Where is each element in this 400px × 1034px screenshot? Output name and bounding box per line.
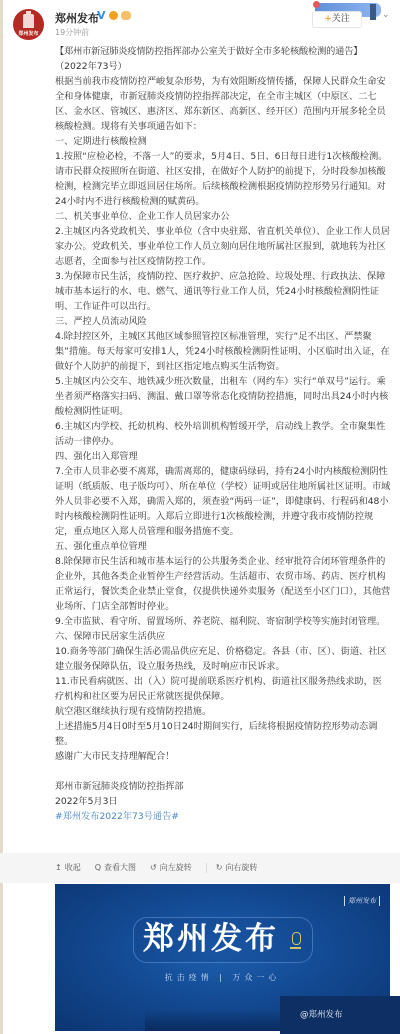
banner-slogan: 抗击疫情 | 万众一心 — [55, 972, 390, 983]
image-toolbar: ↥收起 Q查看大图 ↺向左旋转 ↻向右旋转 — [0, 853, 400, 883]
follow-button[interactable]: +关注 — [312, 11, 362, 28]
rotate-left-label: 向左旋转 — [160, 863, 192, 872]
divider — [206, 863, 207, 873]
notice-title: 【郑州市新冠肺炎疫情防控指挥部办公室关于做好全市多轮核酸检测的通告】 — [55, 44, 391, 59]
view-large-button[interactable]: Q查看大图 — [95, 862, 136, 873]
fan-badge-icon — [121, 11, 131, 20]
paragraph: 9.全市监狱、看守所、留置场所、养老院、福利院、寄宿制学校等实施封闭管理。 — [55, 614, 391, 629]
avatar-label: 郑州发布 — [13, 30, 44, 37]
banner-headline: 郑州发布 — [143, 922, 279, 956]
rotate-right-icon: ↻ — [216, 863, 223, 872]
hashtag-link[interactable]: #郑州发布2022年73号通告# — [55, 809, 391, 824]
paragraph: 1.按照“应检必检，不落一人”的要求，5月4日、5日、6日每日进行1次核酸检测。… — [55, 149, 391, 209]
post-timestamp[interactable]: 19分钟前 — [55, 27, 89, 38]
section-heading: 一、定期进行核酸检测 — [55, 134, 391, 149]
verified-badge-icon: V — [97, 9, 106, 22]
signature-date: 2022年5月3日 — [55, 794, 391, 809]
paragraph: 4.除封控区外，主城区其他区域参照管控区标准管理，实行“足不出区、严禁聚集”措施… — [55, 329, 391, 374]
paragraph: 10.商务等部门确保生活必需品供应充足、价格稳定。各县（市、区）、街道、社区建立… — [55, 644, 391, 674]
image-watermark: @郑州发布 — [280, 996, 400, 1034]
paragraph: 2.主城区内各党政机关、事业单位（含中央驻郑、省直机关单位）、企业工作人员居家办… — [55, 224, 391, 269]
author-name[interactable]: 郑州发布 — [55, 10, 99, 26]
paragraph: 3.为保障市民生活，疫情防控、医疗救护、应急抢险、垃圾处理、行政执法、保障城市基… — [55, 269, 391, 314]
rotate-left-button[interactable]: ↺向左旋转 — [150, 862, 192, 873]
tower-icon — [23, 14, 34, 28]
microphone-icon — [292, 932, 301, 945]
paragraph: 感谢广大市民支持理解配合！ — [55, 749, 391, 764]
section-heading: 五、强化重点单位管理 — [55, 539, 391, 554]
chevron-down-icon[interactable]: ⌄ — [382, 10, 390, 20]
paragraph: 根据当前我市疫情防控严峻复杂形势，为有效阻断疫情传播，保障人民群众生命安全和身体… — [55, 74, 391, 134]
section-heading: 四、强化出入郑管理 — [55, 449, 391, 464]
section-heading: 六、保障市民居家生活供应 — [55, 629, 391, 644]
lantern-icon — [313, 1, 320, 8]
plus-icon: + — [324, 14, 332, 24]
search-icon: Q — [95, 863, 101, 872]
tower-icon — [370, 4, 376, 20]
collapse-button[interactable]: ↥收起 — [55, 862, 81, 873]
follow-label: 关注 — [332, 14, 350, 24]
post-body: 【郑州市新冠肺炎疫情防控指挥部办公室关于做好全市多轮核酸检测的通告】 （2022… — [55, 44, 391, 824]
post-header: 郑州发布 郑州发布 V 19分钟前 +关注 ⌄ — [0, 0, 400, 40]
member-badge-icon — [109, 11, 118, 20]
avatar[interactable]: 郑州发布 — [13, 9, 44, 40]
rotate-right-button[interactable]: ↻向右旋转 — [216, 862, 258, 873]
rotate-left-icon: ↺ — [150, 863, 157, 872]
paragraph: 7.全市人员非必要不离郑，确需离郑的，健康码绿码，持有24小时内核酸检测阴性证明… — [55, 464, 391, 539]
view-large-label: 查看大图 — [104, 863, 136, 872]
collapse-label: 收起 — [65, 863, 81, 872]
watermark-text: @郑州发布 — [300, 1008, 343, 1020]
signature-org: 郑州市新冠肺炎疫情防控指挥部 — [55, 779, 391, 794]
paragraph: 8.除保障市民生活和城市基本运行的公共服务类企业、经审批符合闭环管理条件的企业外… — [55, 554, 391, 614]
section-heading: 三、严控人员流动风险 — [55, 314, 391, 329]
brand-logo: 郑州发布 — [344, 896, 380, 906]
paragraph: 11.市民看病就医、出（入）院可提前联系医疗机构、街道社区服务热线求助，医疗机构… — [55, 674, 391, 704]
paragraph: 上述措施5月4日0时至5月10日24时期间实行，后续将根据疫情防控形势动态调整。 — [55, 719, 391, 749]
rotate-right-label: 向右旋转 — [225, 863, 257, 872]
collapse-icon: ↥ — [55, 863, 62, 872]
paragraph: 航空港区继续执行现有疫情防控措施。 — [55, 704, 391, 719]
paragraph: 6.主城区内学校、托幼机构、校外培训机构暂缓开学，启动线上教学。全市聚集性活动一… — [55, 419, 391, 449]
spacer — [55, 764, 391, 779]
paragraph: 5.主城区内公交车、地铁减少班次数量，出租车（网约车）实行“单双号”运行。乘坐者… — [55, 374, 391, 419]
notice-number: （2022年73号） — [55, 59, 391, 74]
section-heading: 二、机关事业单位、企业工作人员居家办公 — [55, 209, 391, 224]
